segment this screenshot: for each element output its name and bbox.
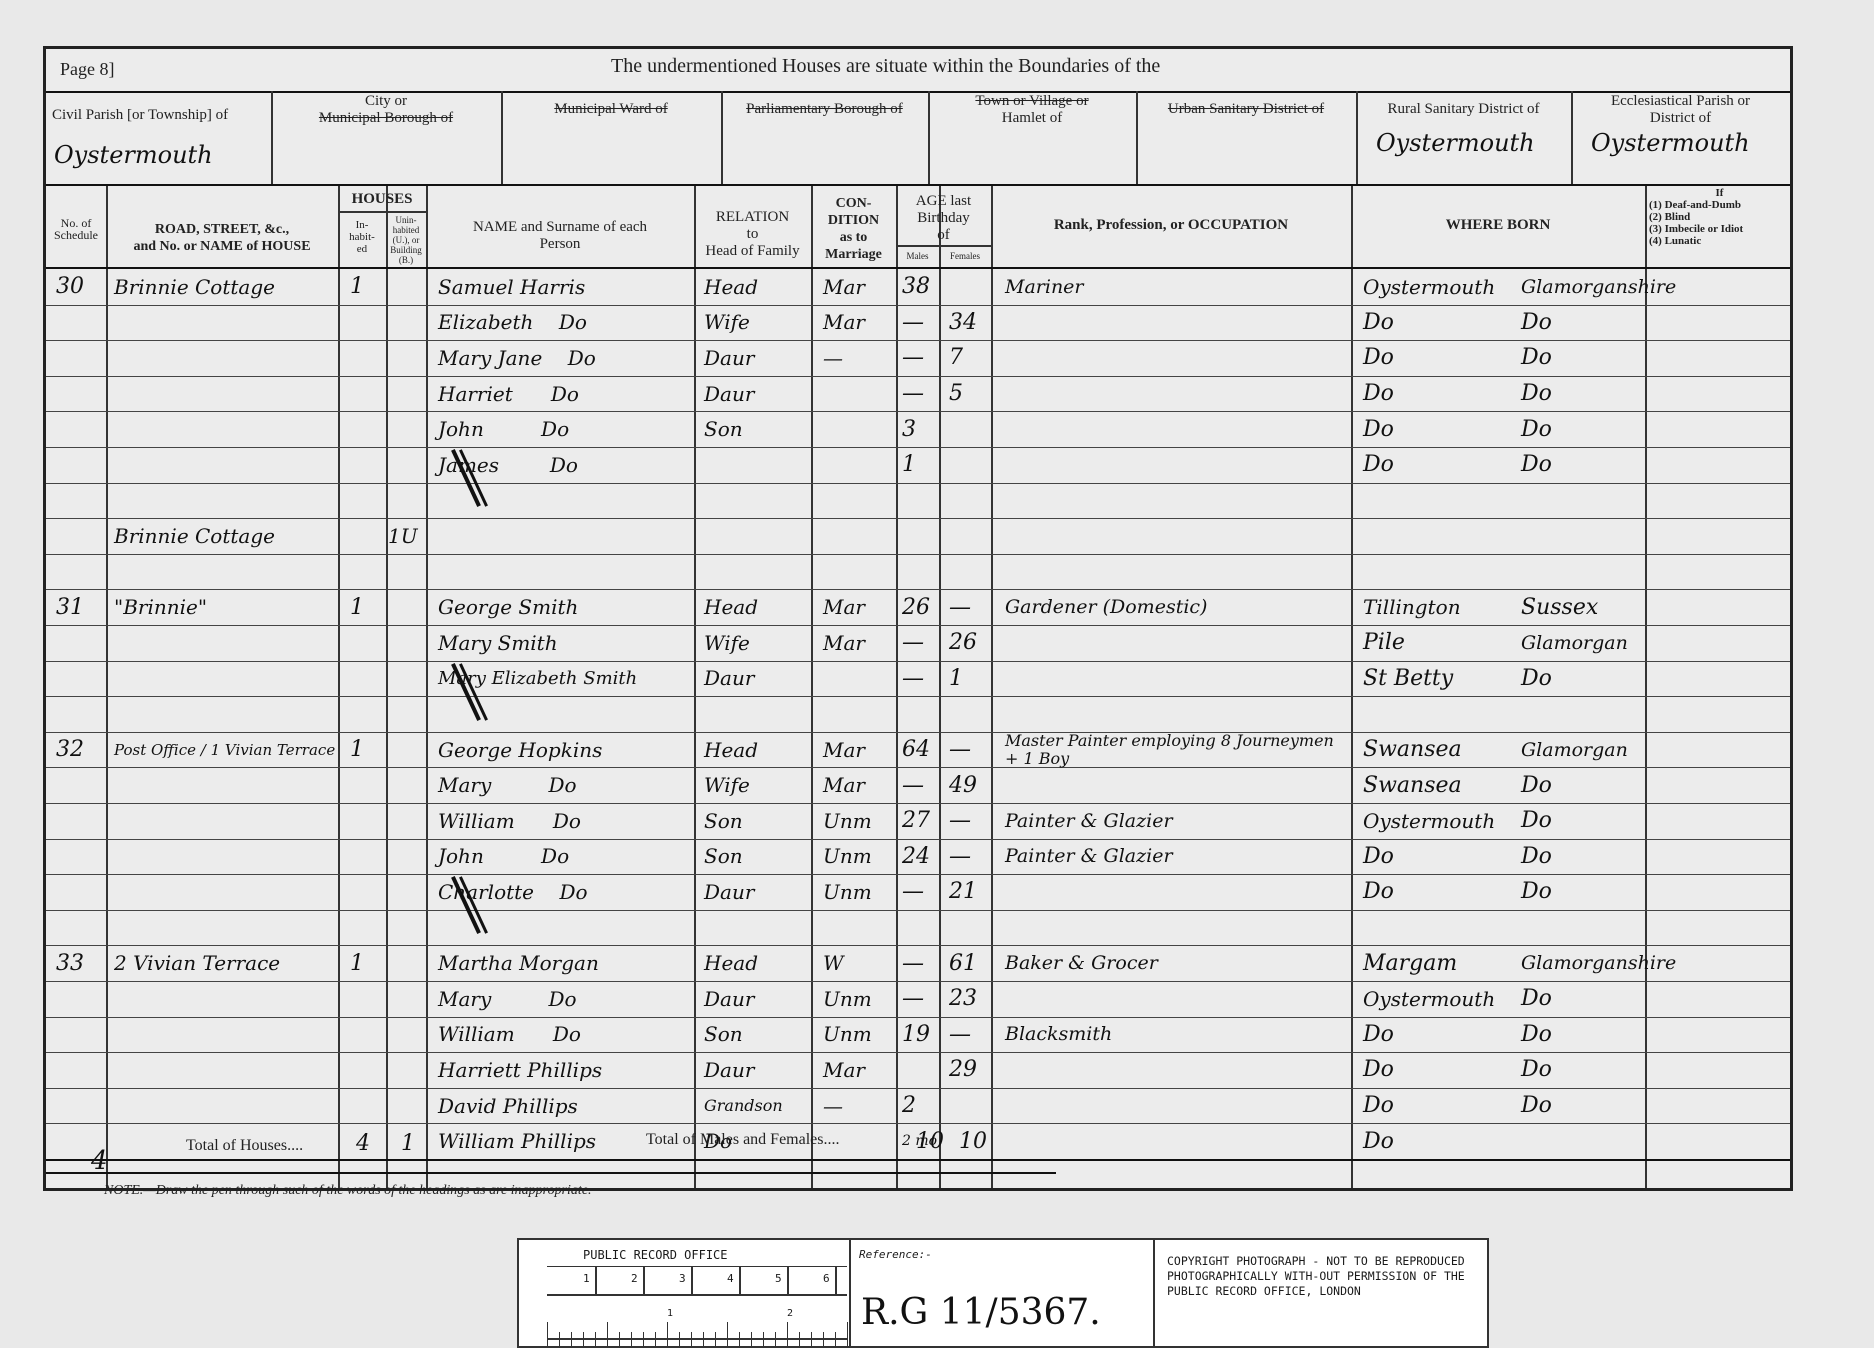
cell-inh: 1: [350, 589, 386, 625]
schedule-count: 4: [91, 1146, 108, 1176]
cell-unh: [388, 305, 426, 341]
cell-cond: Mar: [823, 269, 896, 305]
cell-unh: [388, 910, 426, 946]
cell-unh: [388, 803, 426, 839]
cell-road: Brinnie Cottage: [114, 269, 338, 305]
cell-inh: 1: [350, 732, 386, 768]
cell-unh: [388, 732, 426, 768]
cell-road: [114, 839, 338, 875]
col-age-l2: Birthday: [917, 210, 970, 226]
cell-cond: Mar: [823, 732, 896, 768]
cell-occ: [1005, 411, 1351, 447]
cell-road: [114, 696, 338, 732]
cell-f: —: [949, 1017, 991, 1053]
cell-inh: [350, 554, 386, 590]
cell-born-county: Sussex: [1521, 589, 1645, 625]
cell-f: [949, 518, 991, 554]
cell-unh: [388, 340, 426, 376]
cell-inh: [350, 1017, 386, 1053]
col-name-l1: NAME and Surname of each: [473, 219, 647, 235]
boundary-label-2: Municipal Ward of: [554, 101, 668, 117]
cell-born-county: Do: [1521, 981, 1645, 1017]
cell-unh: [388, 376, 426, 412]
cell-m: —: [902, 874, 939, 910]
cell-occ: [1005, 340, 1351, 376]
cell-f: 49: [949, 767, 991, 803]
cell-cond: Mar: [823, 589, 896, 625]
cell-born-county: Do: [1521, 1052, 1645, 1088]
cell-name: Mary Elizabeth Smith: [438, 661, 694, 697]
boundary-label-0: Civil Parish [or Township] of: [52, 107, 228, 123]
cell-m: —: [902, 340, 939, 376]
cell-inh: [350, 981, 386, 1017]
cell-m: 1: [902, 447, 939, 483]
cell-f: —: [949, 589, 991, 625]
boundary-label-7-line1: Ecclesiastical Parish or: [1571, 93, 1790, 110]
cell-sched: [56, 1088, 106, 1124]
cell-born-county: [1521, 910, 1645, 946]
cell-rel: [704, 554, 811, 590]
cell-road: [114, 981, 338, 1017]
cell-inh: [350, 767, 386, 803]
cell-rel: Daur: [704, 874, 811, 910]
cell-born-county: Glamorganshire: [1521, 269, 1645, 305]
cell-rel: [704, 483, 811, 519]
cell-rel: Son: [704, 411, 811, 447]
total-males: 10: [916, 1129, 944, 1154]
boundary-value-6: Oystermouth: [1376, 129, 1535, 157]
col-age-l3: of: [937, 227, 950, 243]
total-persons-label: Total of Males and Females....: [646, 1131, 840, 1149]
cell-name: [438, 554, 694, 590]
cell-sched: 33: [56, 945, 106, 981]
cell-sched: [56, 910, 106, 946]
cell-occ: Gardener (Domestic): [1005, 589, 1351, 625]
cell-road: 2 Vivian Terrace: [114, 945, 338, 981]
cell-unh: [388, 945, 426, 981]
cell-born-place: Margam: [1363, 945, 1513, 981]
scale-mark: 5: [775, 1272, 782, 1285]
cell-born-place: Do: [1363, 839, 1513, 875]
cell-occ: [1005, 1088, 1351, 1124]
cell-sched: [56, 305, 106, 341]
cell-occ: Blacksmith: [1005, 1017, 1351, 1053]
cell-rel: Wife: [704, 305, 811, 341]
cell-rel: [704, 447, 811, 483]
total-inhabited: 4: [356, 1131, 370, 1156]
cell-name: [438, 518, 694, 554]
cell-born-place: Tillington: [1363, 589, 1513, 625]
cell-f: 5: [949, 376, 991, 412]
col-infirm-3: (3) Imbecile or Idiot: [1649, 223, 1790, 235]
cell-unh: [388, 589, 426, 625]
cell-sched: [56, 1017, 106, 1053]
cell-name: Harriet Do: [438, 376, 694, 412]
cell-rel: Wife: [704, 625, 811, 661]
cell-inh: [350, 340, 386, 376]
cell-m: 27: [902, 803, 939, 839]
cell-road: Brinnie Cottage: [114, 518, 338, 554]
cell-f: —: [949, 732, 991, 768]
cell-born-place: Do: [1363, 1052, 1513, 1088]
scale-mark: 3: [679, 1272, 686, 1285]
cell-m: —: [902, 305, 939, 341]
cell-inh: [350, 839, 386, 875]
cell-unh: [388, 661, 426, 697]
cell-born-place: [1363, 910, 1513, 946]
cell-sched: [56, 483, 106, 519]
col-uninhabited: Unin-habited (U.), or Building (B.): [390, 215, 422, 265]
cell-name: John Do: [438, 411, 694, 447]
cell-unh: [388, 874, 426, 910]
cell-sched: [56, 447, 106, 483]
cell-inh: [350, 696, 386, 732]
cell-f: 61: [949, 945, 991, 981]
col-road-l2: and No. or NAME of HOUSE: [133, 239, 310, 254]
scale-mark: 2: [631, 1272, 638, 1285]
cell-occ: [1005, 376, 1351, 412]
cell-born-county: Do: [1521, 839, 1645, 875]
cell-f: 26: [949, 625, 991, 661]
cell-occ: [1005, 483, 1351, 519]
cell-cond: [823, 696, 896, 732]
cell-name: Charlotte Do: [438, 874, 694, 910]
cell-rel: Head: [704, 732, 811, 768]
cell-born-county: Do: [1521, 376, 1645, 412]
boundary-label-7-line2: District of: [1571, 110, 1790, 127]
office-label: PUBLIC RECORD OFFICE: [583, 1248, 728, 1262]
cell-sched: [56, 874, 106, 910]
cell-sched: [56, 767, 106, 803]
cell-cond: W: [823, 945, 896, 981]
cell-cond: Mar: [823, 1052, 896, 1088]
cell-name: George Hopkins: [438, 732, 694, 768]
cell-born-place: Do: [1363, 411, 1513, 447]
cell-born-county: Do: [1521, 340, 1645, 376]
cell-born-place: [1363, 554, 1513, 590]
cell-occ: [1005, 696, 1351, 732]
cell-sched: [56, 661, 106, 697]
boundary-label-4-line1: Town or Village or: [928, 93, 1136, 110]
cell-born-county: Glamorgan: [1521, 625, 1645, 661]
cell-f: [949, 696, 991, 732]
cell-born-place: Do: [1363, 340, 1513, 376]
cell-born-place: Do: [1363, 447, 1513, 483]
cell-born-county: [1521, 696, 1645, 732]
cell-unh: [388, 625, 426, 661]
cell-unh: [388, 1017, 426, 1053]
cell-occ: [1005, 554, 1351, 590]
cell-name: William Do: [438, 803, 694, 839]
cell-sched: [56, 376, 106, 412]
boundary-label-6: Rural Sanitary District of: [1387, 101, 1539, 117]
cell-rel: Head: [704, 945, 811, 981]
cell-born-place: Do: [1363, 874, 1513, 910]
cell-occ: [1005, 661, 1351, 697]
cell-f: [949, 411, 991, 447]
cell-born-place: Do: [1363, 1088, 1513, 1124]
cell-sched: 32: [56, 732, 106, 768]
cell-road: Post Office / 1 Vivian Terrace: [114, 732, 338, 768]
cell-m: —: [902, 376, 939, 412]
col-infirm-if: If: [1649, 187, 1790, 199]
cell-unh: [388, 483, 426, 519]
cell-road: [114, 1017, 338, 1053]
cell-f: 23: [949, 981, 991, 1017]
col-name-l2: Person: [540, 236, 581, 252]
boundary-value-0: Oystermouth: [54, 141, 213, 169]
cell-occ: [1005, 447, 1351, 483]
cell-born-place: Swansea: [1363, 767, 1513, 803]
col-age-l1: AGE last: [916, 193, 971, 209]
cell-road: [114, 803, 338, 839]
cell-sched: [56, 340, 106, 376]
cell-m: 2: [902, 1088, 939, 1124]
cell-road: [114, 661, 338, 697]
reference-label: Reference:-: [859, 1248, 932, 1261]
cell-rel: [704, 696, 811, 732]
cell-occ: [1005, 981, 1351, 1017]
cell-road: [114, 874, 338, 910]
col-where-born: WHERE BORN: [1446, 217, 1551, 233]
scale-ruler: 12345612: [547, 1266, 847, 1346]
cell-m: [902, 910, 939, 946]
cell-name: Mary Jane Do: [438, 340, 694, 376]
cell-road: "Brinnie": [114, 589, 338, 625]
cell-rel: Daur: [704, 661, 811, 697]
cell-occ: [1005, 1052, 1351, 1088]
cell-sched: [56, 839, 106, 875]
col-road-l1: ROAD, STREET, &c.,: [155, 222, 289, 237]
col-houses: HOUSES: [338, 191, 426, 208]
cell-inh: 1: [350, 945, 386, 981]
col-inhabited: In-habit-ed: [349, 219, 375, 255]
cell-occ: Painter & Glazier: [1005, 839, 1351, 875]
cell-sched: [56, 518, 106, 554]
census-sheet: Page 8] The undermentioned Houses are si…: [43, 46, 1793, 1191]
cell-born-county: [1521, 518, 1645, 554]
cell-sched: [56, 411, 106, 447]
col-males: Males: [907, 251, 929, 261]
cell-m: [902, 518, 939, 554]
cell-road: [114, 767, 338, 803]
cell-name: George Smith: [438, 589, 694, 625]
cell-occ: [1005, 1123, 1351, 1159]
cell-cond: —: [823, 340, 896, 376]
cell-born-place: Do: [1363, 1017, 1513, 1053]
cell-m: —: [902, 945, 939, 981]
cell-f: [949, 483, 991, 519]
cell-cond: [823, 447, 896, 483]
col-relation-l3: Head of Family: [705, 243, 799, 259]
cell-inh: [350, 376, 386, 412]
cell-inh: [350, 874, 386, 910]
cell-cond: Unm: [823, 1017, 896, 1053]
cell-m: [902, 1052, 939, 1088]
cell-rel: Son: [704, 1017, 811, 1053]
cell-born-place: Oystermouth: [1363, 269, 1513, 305]
col-relation-l2: to: [747, 226, 759, 242]
cell-born-county: Do: [1521, 1088, 1645, 1124]
cell-road: [114, 376, 338, 412]
boundary-label-5: Urban Sanitary District of: [1168, 101, 1324, 117]
cell-born-county: [1521, 483, 1645, 519]
cell-f: [949, 1088, 991, 1124]
col-females: Females: [950, 251, 980, 261]
cell-inh: [350, 483, 386, 519]
cell-unh: [388, 767, 426, 803]
cell-m: [902, 483, 939, 519]
cell-born-county: Do: [1521, 874, 1645, 910]
cell-born-place: Do: [1363, 1123, 1513, 1159]
col-occupation: Rank, Profession, or OCCUPATION: [1054, 217, 1288, 233]
cell-unh: [388, 447, 426, 483]
cell-road: [114, 625, 338, 661]
cell-occ: [1005, 767, 1351, 803]
col-relation-l1: RELATION: [716, 209, 789, 225]
cell-born-place: [1363, 696, 1513, 732]
boundary-label-4-line2: Hamlet of: [928, 110, 1136, 127]
cell-road: [114, 910, 338, 946]
cell-born-place: St Betty: [1363, 661, 1513, 697]
cell-name: Mary Do: [438, 981, 694, 1017]
cell-born-place: Do: [1363, 376, 1513, 412]
record-office-stamp: PUBLIC RECORD OFFICE 12345612 Reference:…: [517, 1238, 1489, 1348]
cell-rel: Head: [704, 269, 811, 305]
cell-cond: [823, 910, 896, 946]
cell-name: Martha Morgan: [438, 945, 694, 981]
cell-f: [949, 910, 991, 946]
col-schedule: No. of Schedule: [54, 216, 98, 242]
cell-occ: Master Painter employing 8 Journeymen + …: [1005, 732, 1351, 768]
cell-rel: Grandson: [704, 1088, 811, 1124]
cell-occ: [1005, 625, 1351, 661]
cell-sched: [56, 981, 106, 1017]
cell-f: 7: [949, 340, 991, 376]
cell-born-county: Glamorganshire: [1521, 945, 1645, 981]
cell-cond: Mar: [823, 767, 896, 803]
cell-f: [949, 269, 991, 305]
cell-inh: [350, 1088, 386, 1124]
cell-m: —: [902, 981, 939, 1017]
cell-rel: [704, 910, 811, 946]
cell-born-county: [1521, 554, 1645, 590]
cell-name: Elizabeth Do: [438, 305, 694, 341]
cell-rel: Daur: [704, 340, 811, 376]
cell-road: [114, 411, 338, 447]
cell-name: William Do: [438, 1017, 694, 1053]
cell-occ: [1005, 305, 1351, 341]
cell-born-place: Pile: [1363, 625, 1513, 661]
cell-cond: Unm: [823, 839, 896, 875]
cell-occ: Baker & Grocer: [1005, 945, 1351, 981]
scale-mark: 6: [823, 1272, 830, 1285]
cell-born-place: [1363, 518, 1513, 554]
cell-road: [114, 305, 338, 341]
cell-unh: [388, 554, 426, 590]
cell-cond: Mar: [823, 625, 896, 661]
total-females: 10: [959, 1129, 987, 1154]
cell-road: [114, 483, 338, 519]
cell-unh: [388, 839, 426, 875]
col-infirm-1: (1) Deaf-and-Dumb: [1649, 199, 1790, 211]
cell-born-county: Do: [1521, 447, 1645, 483]
scale-mark: 4: [727, 1272, 734, 1285]
cell-f: 1: [949, 661, 991, 697]
cell-cond: [823, 411, 896, 447]
cell-name: Harriett Phillips: [438, 1052, 694, 1088]
cell-sched: [56, 1052, 106, 1088]
cell-cond: [823, 376, 896, 412]
cell-inh: [350, 447, 386, 483]
cell-born-county: Do: [1521, 411, 1645, 447]
cell-name: Mary Smith: [438, 625, 694, 661]
cell-cond: Mar: [823, 305, 896, 341]
cell-m: [902, 554, 939, 590]
cell-m: 26: [902, 589, 939, 625]
cell-sched: 31: [56, 589, 106, 625]
cell-f: —: [949, 839, 991, 875]
cell-cond: Unm: [823, 803, 896, 839]
cell-rel: Head: [704, 589, 811, 625]
cell-sched: [56, 625, 106, 661]
cell-cond: [823, 483, 896, 519]
page-title: The undermentioned Houses are situate wi…: [611, 55, 1160, 78]
cell-inh: [350, 305, 386, 341]
cell-f: —: [949, 803, 991, 839]
cell-cond: —: [823, 1088, 896, 1124]
cell-cond: Unm: [823, 981, 896, 1017]
cell-occ: [1005, 910, 1351, 946]
cell-m: 38: [902, 269, 939, 305]
cell-name: John Do: [438, 839, 694, 875]
cell-sched: [56, 554, 106, 590]
cell-road: [114, 447, 338, 483]
cell-f: 29: [949, 1052, 991, 1088]
cell-occ: [1005, 874, 1351, 910]
cell-cond: Unm: [823, 874, 896, 910]
cell-inh: [350, 518, 386, 554]
cell-inh: 1: [350, 269, 386, 305]
cell-unh: [388, 696, 426, 732]
cell-name: Samuel Harris: [438, 269, 694, 305]
scale-mark: 1: [583, 1272, 590, 1285]
cell-sched: [56, 696, 106, 732]
cell-occ: [1005, 518, 1351, 554]
cell-unh: [388, 1052, 426, 1088]
cell-rel: Son: [704, 803, 811, 839]
page-label: Page 8]: [60, 59, 114, 80]
boundary-label-1-line2: Municipal Borough of: [271, 110, 501, 127]
col-infirm-2: (2) Blind: [1649, 211, 1790, 223]
boundary-value-7: Oystermouth: [1591, 129, 1750, 157]
cell-m: —: [902, 767, 939, 803]
cell-m: 3: [902, 411, 939, 447]
cell-born-county: Do: [1521, 767, 1645, 803]
footnote: NOTE.—Draw the pen through such of the w…: [104, 1183, 592, 1199]
boundary-label-1-line1: City or: [271, 93, 501, 110]
cell-born-place: Oystermouth: [1363, 803, 1513, 839]
cell-m: —: [902, 625, 939, 661]
cell-inh: [350, 910, 386, 946]
cell-inh: [350, 625, 386, 661]
col-condition: CON-DITION as to Marriage: [825, 196, 882, 262]
cell-name: David Phillips: [438, 1088, 694, 1124]
cell-rel: Wife: [704, 767, 811, 803]
cell-sched: 30: [56, 269, 106, 305]
cell-occ: Painter & Glazier: [1005, 803, 1351, 839]
cell-born-county: Glamorgan: [1521, 732, 1645, 768]
